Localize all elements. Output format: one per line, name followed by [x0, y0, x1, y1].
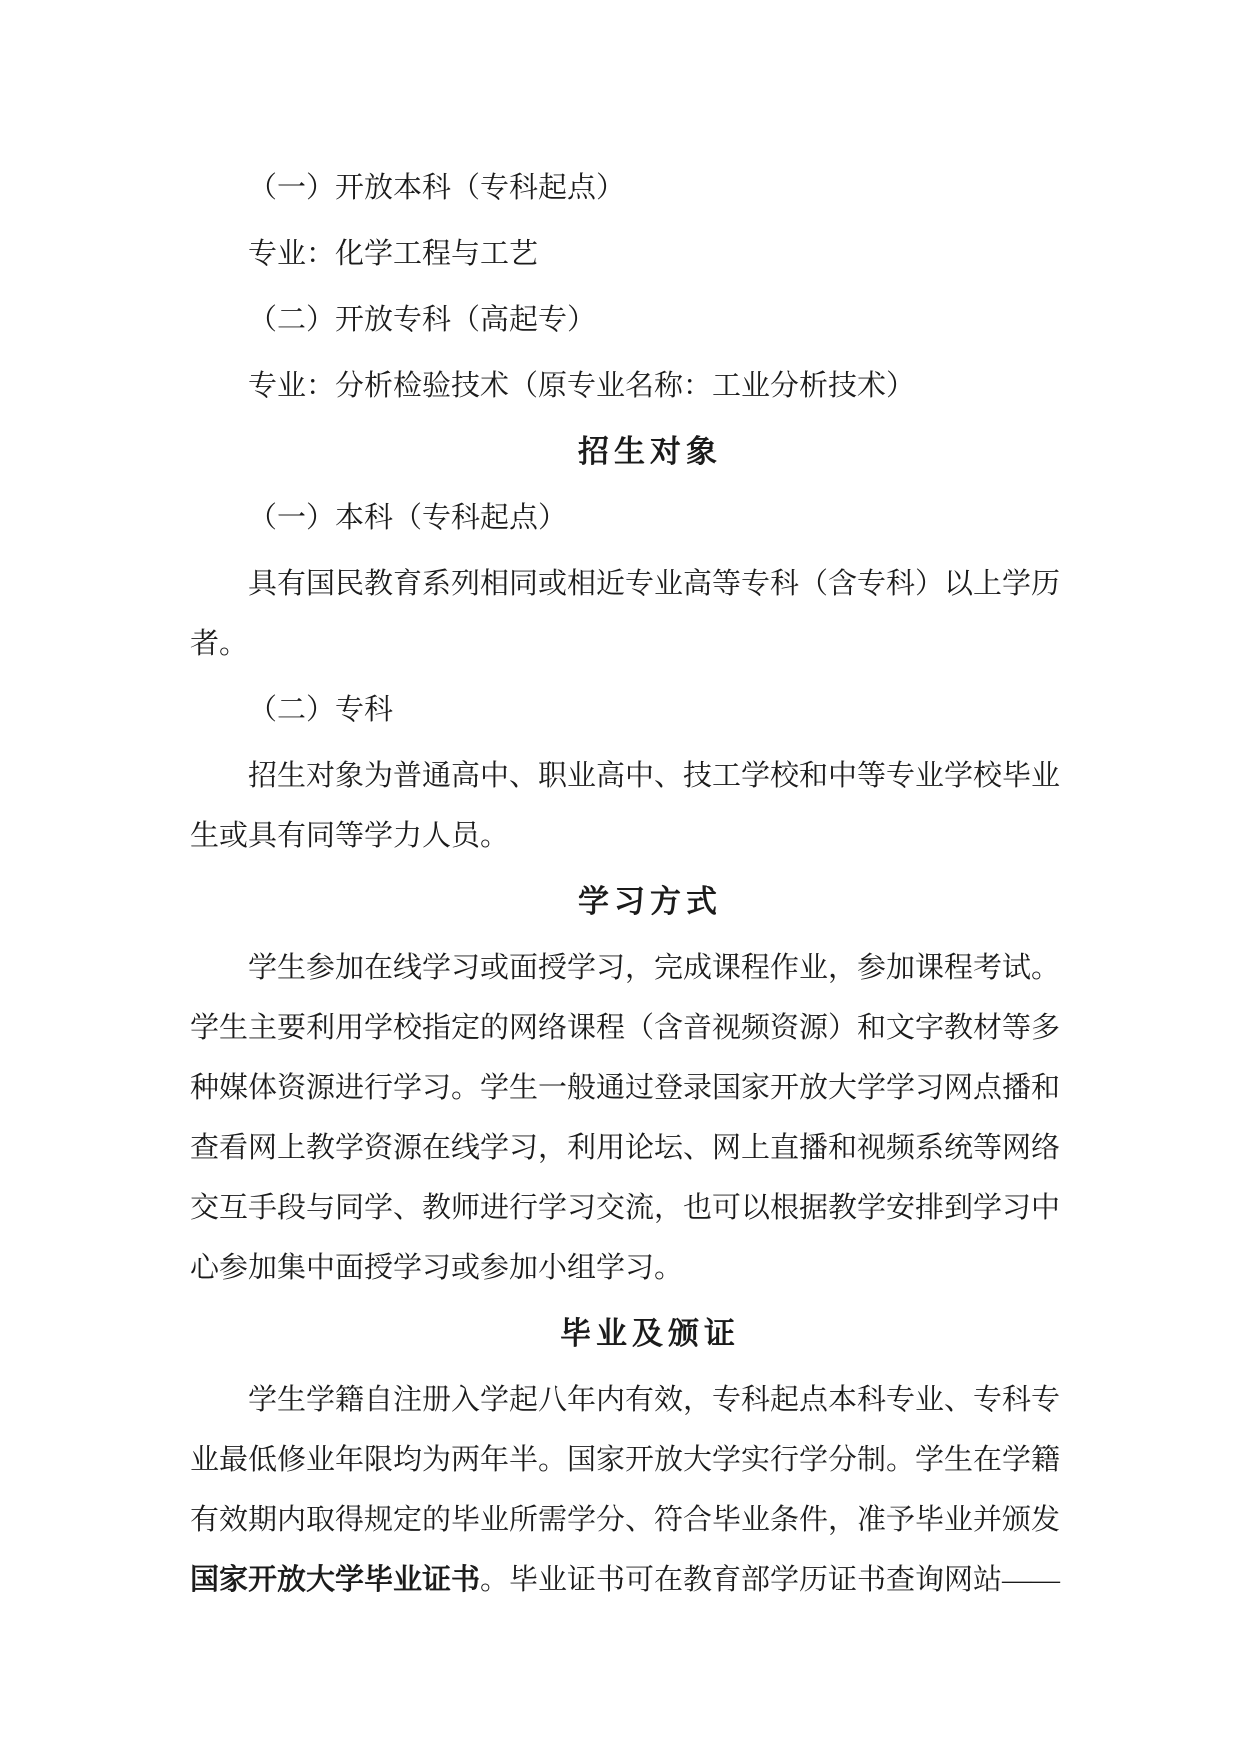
text-line: 种媒体资源进行学习。学生一般通过登录国家开放大学学习网点播和	[190, 1058, 1060, 1118]
text-line: 业最低修业年限均为两年半。国家开放大学实行学分制。学生在学籍	[190, 1430, 1060, 1490]
body-paragraph: 招生对象为普通高中、职业高中、技工学校和中等专业学校毕业生或具有同等学力人员。	[190, 746, 1060, 866]
text-line: 心参加集中面授学习或参加小组学习。	[190, 1238, 1060, 1298]
text-line: 交互手段与同学、教师进行学习交流，也可以根据教学安排到学习中	[190, 1178, 1060, 1238]
text-line: （二）专科	[190, 680, 1060, 740]
section-heading: 毕业及颁证	[190, 1304, 1060, 1364]
body-paragraph: 专业：分析检验技术（原专业名称：工业分析技术）	[190, 356, 1060, 416]
text-line: 学生参加在线学习或面授学习，完成课程作业，参加课程考试。	[190, 938, 1060, 998]
text-line: （一）本科（专科起点）	[190, 488, 1060, 548]
body-paragraph: （一）本科（专科起点）	[190, 488, 1060, 548]
text-line: 具有国民教育系列相同或相近专业高等专科（含专科）以上学历	[190, 554, 1060, 614]
text-line: 学生主要利用学校指定的网络课程（含音视频资源）和文字教材等多	[190, 998, 1060, 1058]
section-heading: 学习方式	[190, 872, 1060, 932]
text-line: 专业：化学工程与工艺	[190, 224, 1060, 284]
text-line: 查看网上教学资源在线学习，利用论坛、网上直播和视频系统等网络	[190, 1118, 1060, 1178]
text-line: 专业：分析检验技术（原专业名称：工业分析技术）	[190, 356, 1060, 416]
document-page: （一）开放本科（专科起点）专业：化学工程与工艺（二）开放专科（高起专）专业：分析…	[0, 0, 1240, 1753]
text-line: 生或具有同等学力人员。	[190, 806, 1060, 866]
body-paragraph: （二）专科	[190, 680, 1060, 740]
body-paragraph: （二）开放专科（高起专）	[190, 290, 1060, 350]
text-line: （一）开放本科（专科起点）	[190, 158, 1060, 218]
text-line: （二）开放专科（高起专）	[190, 290, 1060, 350]
section-heading: 招生对象	[190, 422, 1060, 482]
text-line: 有效期内取得规定的毕业所需学分、符合毕业条件，准予毕业并颁发	[190, 1490, 1060, 1550]
text-run: 。毕业证书可在教育部学历证书查询网站——	[480, 1564, 1060, 1596]
body-paragraph: 学生学籍自注册入学起八年内有效，专科起点本科专业、专科专业最低修业年限均为两年半…	[190, 1370, 1060, 1610]
document-content: （一）开放本科（专科起点）专业：化学工程与工艺（二）开放专科（高起专）专业：分析…	[190, 158, 1060, 1610]
body-paragraph: 学生参加在线学习或面授学习，完成课程作业，参加课程考试。学生主要利用学校指定的网…	[190, 938, 1060, 1298]
bold-text: 国家开放大学毕业证书	[190, 1564, 480, 1596]
text-line: 学生学籍自注册入学起八年内有效，专科起点本科专业、专科专	[190, 1370, 1060, 1430]
body-paragraph: 具有国民教育系列相同或相近专业高等专科（含专科）以上学历者。	[190, 554, 1060, 674]
text-line: 招生对象为普通高中、职业高中、技工学校和中等专业学校毕业	[190, 746, 1060, 806]
body-paragraph: （一）开放本科（专科起点）	[190, 158, 1060, 218]
text-line: 国家开放大学毕业证书。毕业证书可在教育部学历证书查询网站——	[190, 1550, 1060, 1610]
body-paragraph: 专业：化学工程与工艺	[190, 224, 1060, 284]
text-line: 者。	[190, 614, 1060, 674]
